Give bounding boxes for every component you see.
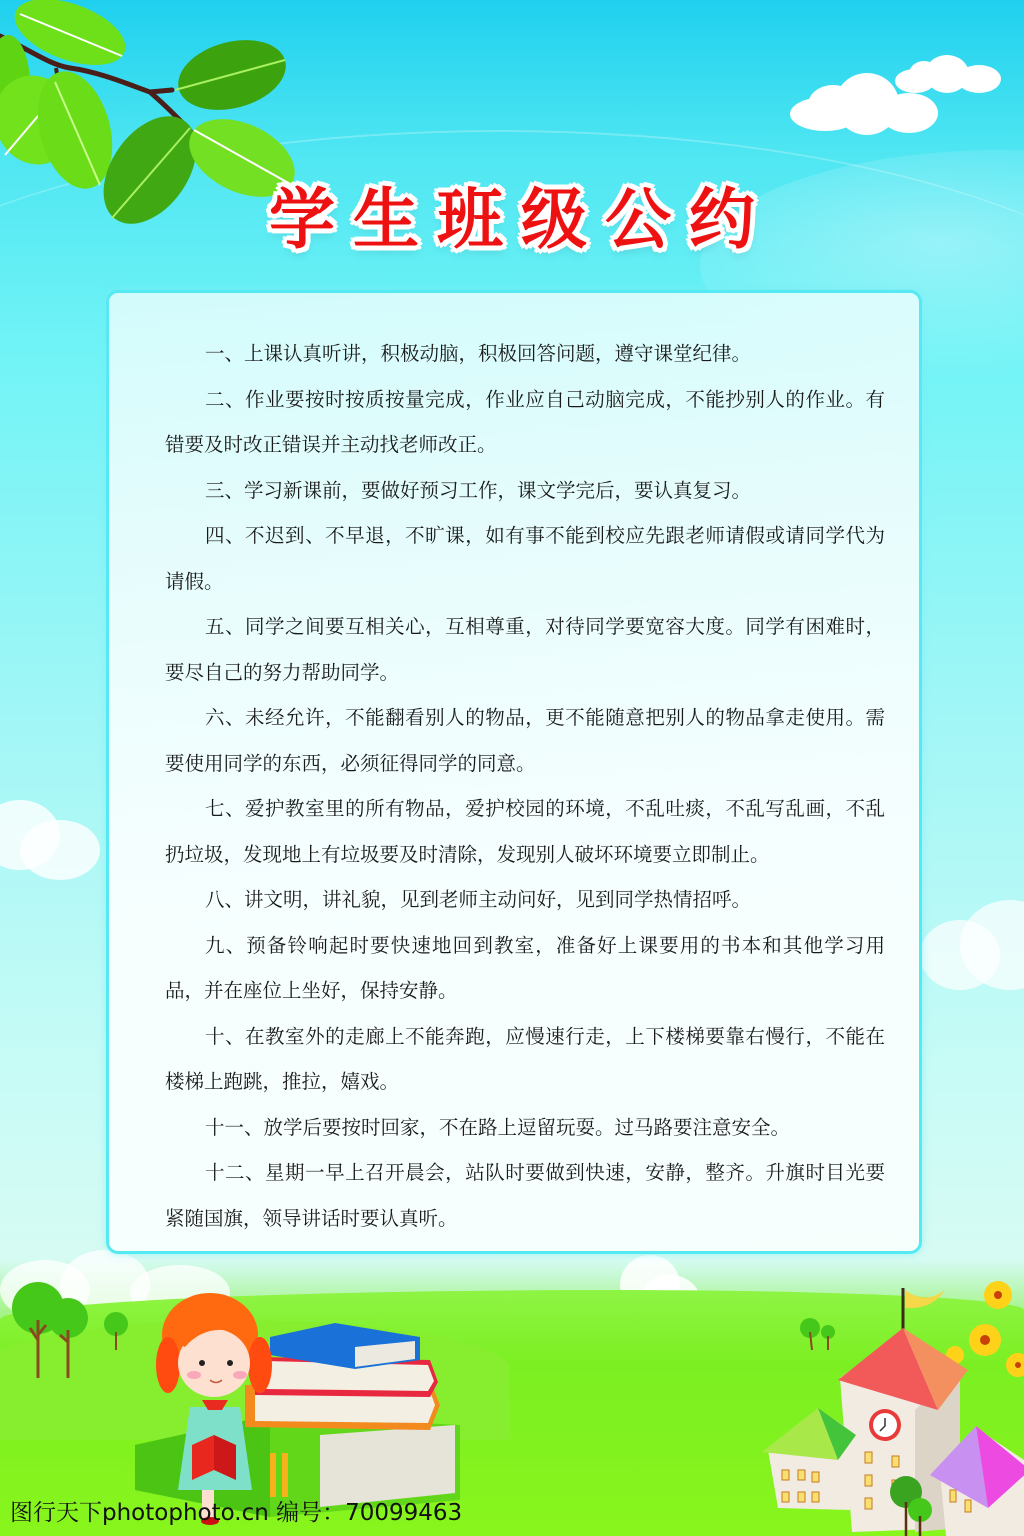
- rule-item: 十二、星期一早上召开晨会，站队时要做到快速，安静，整齐。升旗时目光要紧随国旗，领…: [165, 1150, 885, 1241]
- watermark-text: 图行天下photophoto.cn 编号：70099463: [10, 1494, 462, 1527]
- rule-item: 六、未经允许，不能翻看别人的物品，更不能随意把别人的物品拿走使用。需要使用同学的…: [165, 695, 885, 786]
- rule-item: 三、学习新课前，要做好预习工作，课文学完后，要认真复习。: [165, 468, 885, 514]
- rule-item: 十一、放学后要按时回家，不在路上逗留玩耍。过马路要注意安全。: [165, 1105, 885, 1151]
- rule-item: 九、预备铃响起时要快速地回到教室，准备好上课要用的书本和其他学习用品，并在座位上…: [165, 923, 885, 1014]
- poster-title: 学生班级公约: [0, 166, 1024, 261]
- rule-item: 一、上课认真听讲，积极动脑，积极回答问题，遵守课堂纪律。: [165, 331, 885, 377]
- cloud-icon: [920, 900, 1024, 990]
- rule-item: 十、在教室外的走廊上不能奔跑，应慢速行走，上下楼梯要靠右慢行，不能在楼梯上跑跳，…: [165, 1014, 885, 1105]
- cloud-icon: [790, 75, 940, 135]
- tree-icon: [0, 1280, 140, 1390]
- rule-item: 五、同学之间要互相关心，互相尊重，对待同学要宽容大度。同学有困难时，要尽自己的努…: [165, 604, 885, 695]
- rule-item: 八、讲文明，讲礼貌，见到老师主动问好，见到同学热情招呼。: [165, 877, 885, 923]
- rule-item: 七、爱护教室里的所有物品，爱护校园的环境，不乱吐痰，不乱写乱画，不乱扔垃圾，发现…: [165, 786, 885, 877]
- girl-reading-on-books-illustration: [130, 1285, 470, 1525]
- cloud-icon: [0, 800, 100, 870]
- school-building-with-clock-icon: [760, 1260, 1024, 1536]
- rules-list: 一、上课认真听讲，积极动脑，积极回答问题，遵守课堂纪律。 二、作业要按时按质按量…: [165, 331, 885, 1241]
- cloud-icon: [620, 1255, 700, 1325]
- rule-item: 二、作业要按时按质按量完成，作业应自己动脑完成，不能抄别人的作业。有错要及时改正…: [165, 377, 885, 468]
- rules-panel: 一、上课认真听讲，积极动脑，积极回答问题，遵守课堂纪律。 二、作业要按时按质按量…: [106, 290, 922, 1254]
- cloud-icon: [895, 55, 1005, 95]
- rule-item: 四、不迟到、不早退，不旷课，如有事不能到校应先跟老师请假或请同学代为请假。: [165, 513, 885, 604]
